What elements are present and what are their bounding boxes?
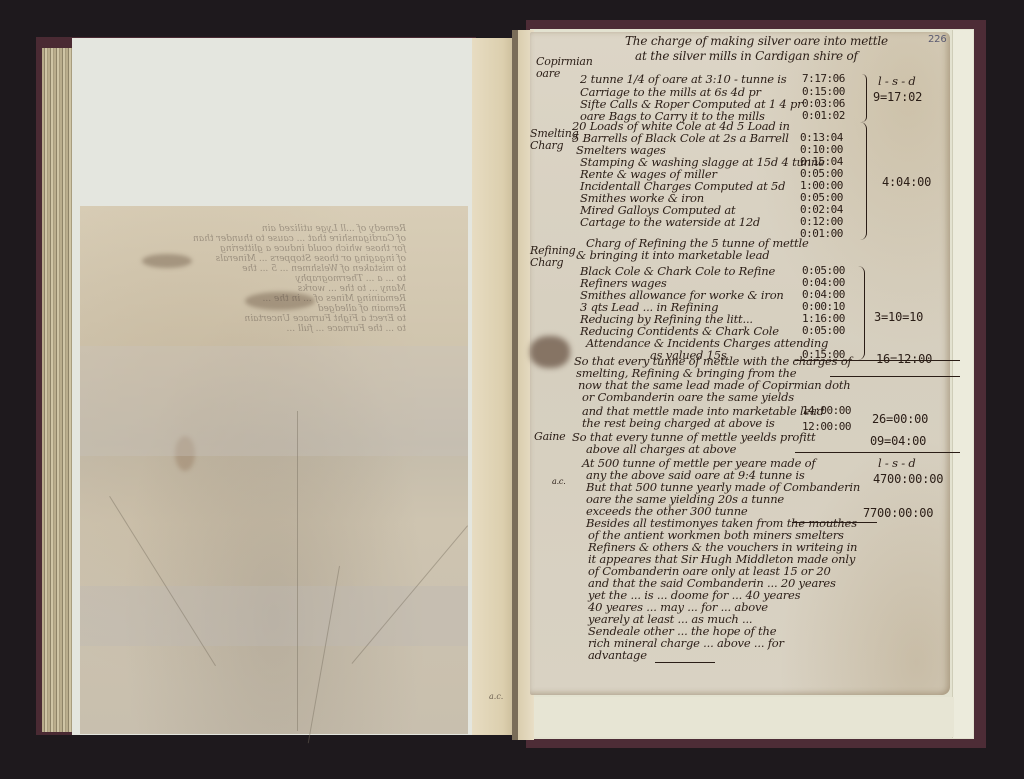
- ghost-text-block: Remedy of ...ll Lyge utilized ain of Car…: [193, 224, 406, 334]
- spine-gutter: [512, 30, 518, 740]
- summary-line: the rest being charged at above is: [582, 416, 775, 430]
- ghost-line: Remedy of ...ll Lyge utilized ain: [193, 224, 406, 234]
- summary-total: 16=12:00: [876, 352, 932, 366]
- margin-label: Smelting Charg: [530, 128, 570, 152]
- ink-blot: [530, 336, 570, 368]
- section-total: 4:04:00: [882, 175, 931, 189]
- page-block-edges: [42, 48, 74, 732]
- ruled-line: [795, 452, 960, 453]
- margin-label: Refining Charg: [530, 245, 570, 269]
- title-line: at the silver mills in Cardigan shire of: [635, 49, 858, 63]
- brace: [860, 122, 867, 240]
- ghost-line: to mistaken of Welshmen ... 5 ... the: [193, 264, 406, 274]
- ghost-line: of Cardiganshire that ... cause to thund…: [193, 234, 406, 244]
- ghost-line: Many ... to the ... works: [193, 284, 406, 294]
- summary-total: 09=04:00: [870, 434, 926, 448]
- ghost-line: Remain of alledged: [193, 304, 406, 314]
- summary-line: or Combanderin oare the same yields: [582, 390, 794, 404]
- margin-note: a.c.: [552, 477, 566, 486]
- ledger-line: & bringing it into marketable lead: [576, 248, 769, 262]
- summary-amount: 14:00:00: [802, 404, 851, 417]
- ghost-line: to ... the Furnace ... full ...: [193, 324, 406, 334]
- brace: [858, 266, 865, 360]
- summary-total: 26=00:00: [872, 412, 928, 426]
- lsd-header: l - s - d: [878, 74, 916, 88]
- ghost-line: to Erect a Fight Furnace Uncertain: [193, 314, 406, 324]
- closing-total: 4700:00:00: [873, 472, 943, 486]
- ghost-line: of ingaging or those Stoppers ... Minera…: [193, 254, 406, 264]
- ink-stain: [142, 254, 192, 268]
- ledger-amount: 0:01:02: [802, 109, 845, 122]
- ledger-line: 2 tunne 1/4 of oare at 3:10 - tunne is: [580, 72, 786, 86]
- ledger-amount: 7:17:06: [802, 72, 845, 85]
- right-mount-bottom: [530, 697, 954, 737]
- left-manuscript-fragment: Remedy of ...ll Lyge utilized ain of Car…: [80, 206, 468, 734]
- pencil-note: a.c.: [489, 692, 503, 701]
- section-total: 9=17:02: [873, 90, 922, 104]
- ruled-line: [655, 662, 715, 663]
- brace: [862, 74, 867, 122]
- ghost-line: for those which could induce a glitterin…: [193, 244, 406, 254]
- right-mount-edge: [952, 30, 973, 738]
- ledger-line: Cartage to the waterside at 12d: [580, 215, 760, 229]
- closing-total: 7700:00:00: [863, 506, 933, 520]
- margin-label: Gaine: [534, 430, 565, 443]
- ghost-line: to ... a ... Thermography: [193, 274, 406, 284]
- folio-number: 226: [928, 34, 947, 45]
- ghost-line: Remaining Mines of ... in the ...: [193, 294, 406, 304]
- lsd-header: l - s - d: [878, 456, 916, 470]
- title-line: The charge of making silver oare into me…: [625, 34, 888, 48]
- closing-line: advantage: [588, 648, 647, 662]
- fold-crease: [297, 411, 298, 731]
- water-damage-band: [80, 346, 468, 456]
- section-total: 3=10=10: [874, 310, 923, 324]
- left-gutter-page: [472, 38, 516, 735]
- summary-line: above all charges at above: [586, 442, 736, 456]
- right-manuscript-page: 226 The charge of making silver oare int…: [530, 32, 950, 695]
